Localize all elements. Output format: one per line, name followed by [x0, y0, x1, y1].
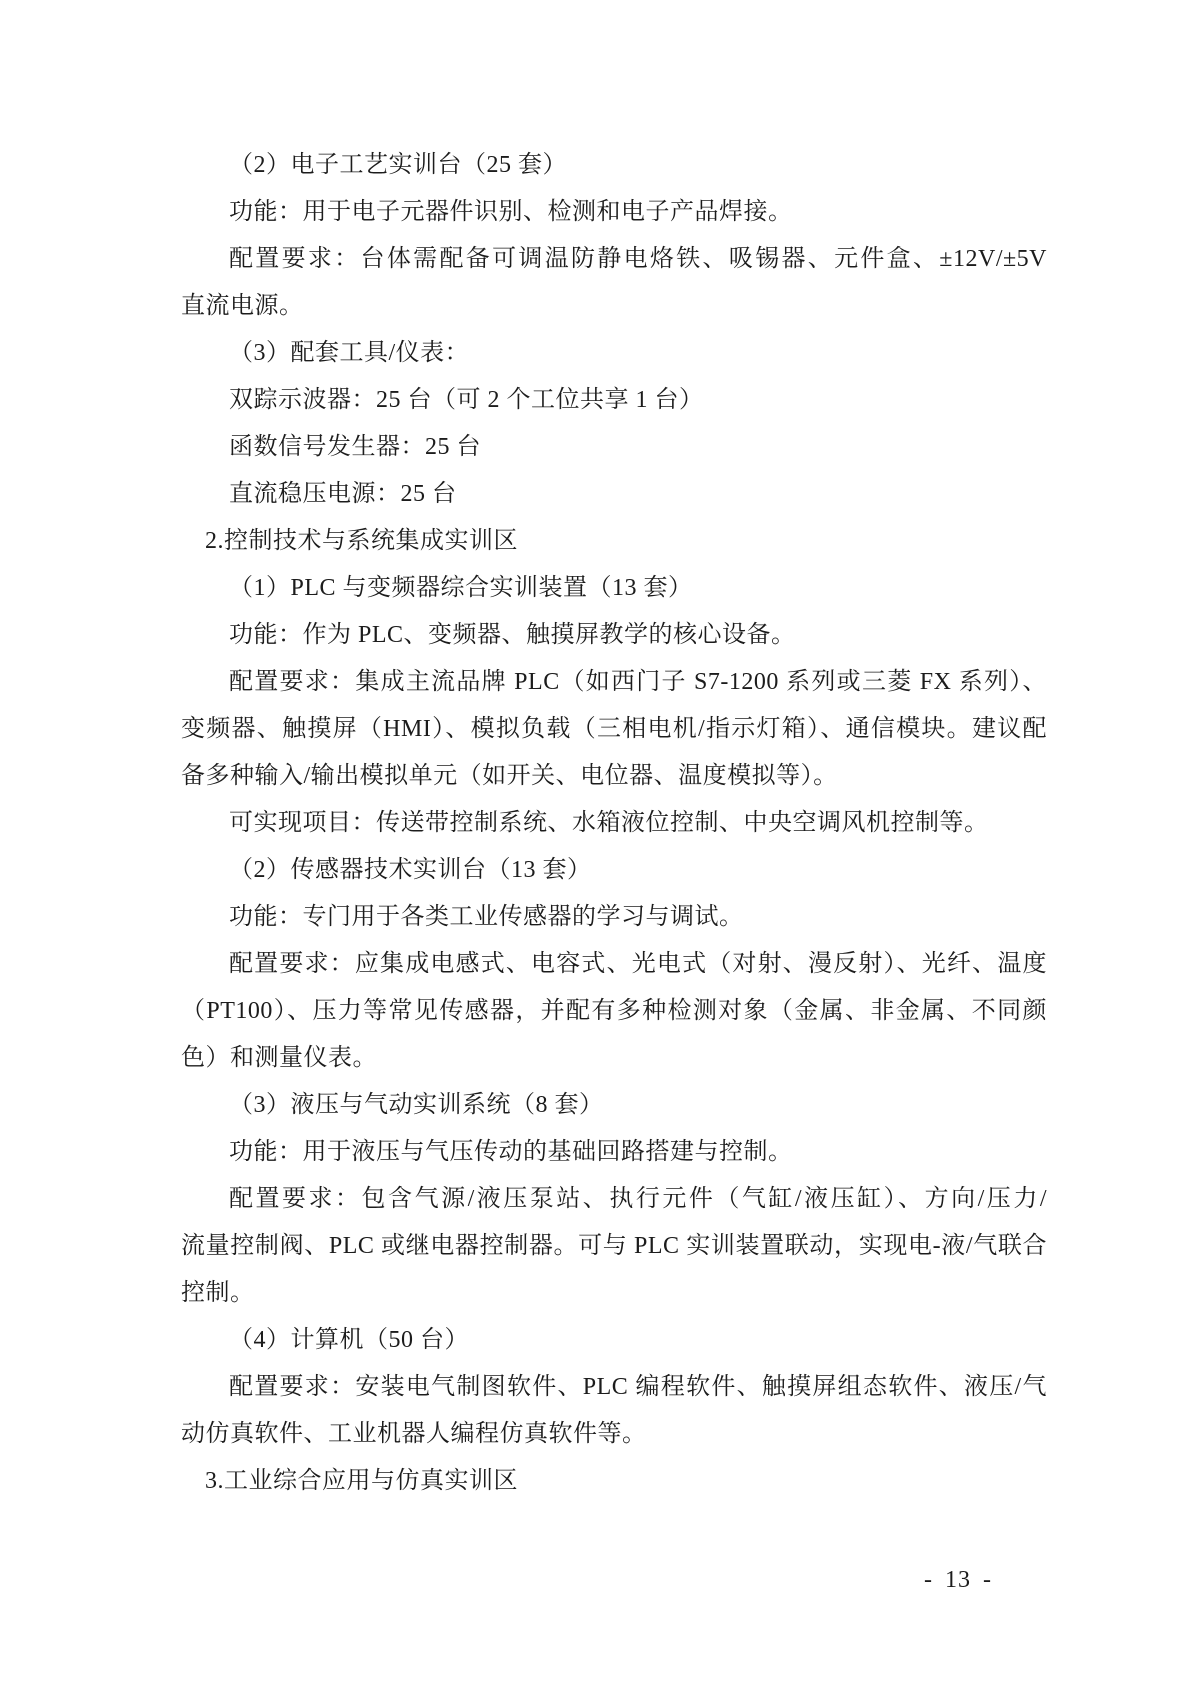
- text-line: 配置要求：应集成电感式、电容式、光电式（对射、漫反射）、光纤、温度: [181, 941, 1047, 988]
- text-line: （3）配套工具/仪表：: [181, 330, 1047, 377]
- text-line: 配置要求：安装电气制图软件、PLC 编程软件、触摸屏组态软件、液压/气: [181, 1364, 1047, 1411]
- text-line: 3.工业综合应用与仿真实训区: [181, 1458, 1047, 1505]
- text-line: （2）电子工艺实训台（25 套）: [181, 142, 1047, 189]
- text-line: 备多种输入/输出模拟单元（如开关、电位器、温度模拟等）。: [181, 753, 1047, 800]
- text-line: 流量控制阀、PLC 或继电器控制器。可与 PLC 实训装置联动，实现电-液/气联…: [181, 1223, 1047, 1270]
- text-line: 色）和测量仪表。: [181, 1035, 1047, 1082]
- document-body: （2）电子工艺实训台（25 套）功能：用于电子元器件识别、检测和电子产品焊接。配…: [181, 142, 1047, 1505]
- text-line: 功能：专门用于各类工业传感器的学习与调试。: [181, 894, 1047, 941]
- text-line: 变频器、触摸屏（HMI）、模拟负载（三相电机/指示灯箱）、通信模块。建议配: [181, 706, 1047, 753]
- text-line: 配置要求：台体需配备可调温防静电烙铁、吸锡器、元件盒、±12V/±5V: [181, 236, 1047, 283]
- text-line: 直流稳压电源：25 台: [181, 471, 1047, 518]
- text-line: 双踪示波器：25 台（可 2 个工位共享 1 台）: [181, 377, 1047, 424]
- text-line: 直流电源。: [181, 283, 1047, 330]
- text-line: 功能：作为 PLC、变频器、触摸屏教学的核心设备。: [181, 612, 1047, 659]
- text-line: 功能：用于液压与气压传动的基础回路搭建与控制。: [181, 1129, 1047, 1176]
- text-line: 功能：用于电子元器件识别、检测和电子产品焊接。: [181, 189, 1047, 236]
- text-line: 配置要求：集成主流品牌 PLC（如西门子 S7-1200 系列或三菱 FX 系列…: [181, 659, 1047, 706]
- text-line: 函数信号发生器：25 台: [181, 424, 1047, 471]
- text-line: 控制。: [181, 1270, 1047, 1317]
- text-line: （3）液压与气动实训系统（8 套）: [181, 1082, 1047, 1129]
- text-line: （4）计算机（50 台）: [181, 1317, 1047, 1364]
- page-number: - 13 -: [924, 1565, 992, 1595]
- text-line: 可实现项目：传送带控制系统、水箱液位控制、中央空调风机控制等。: [181, 800, 1047, 847]
- text-line: （2）传感器技术实训台（13 套）: [181, 847, 1047, 894]
- document-page: （2）电子工艺实训台（25 套）功能：用于电子元器件识别、检测和电子产品焊接。配…: [0, 0, 1191, 1684]
- text-line: 2.控制技术与系统集成实训区: [181, 518, 1047, 565]
- text-line: （PT100）、压力等常见传感器，并配有多种检测对象（金属、非金属、不同颜: [181, 988, 1047, 1035]
- text-line: 动仿真软件、工业机器人编程仿真软件等。: [181, 1411, 1047, 1458]
- text-line: 配置要求：包含气源/液压泵站、执行元件（气缸/液压缸）、方向/压力/: [181, 1176, 1047, 1223]
- text-line: （1）PLC 与变频器综合实训装置（13 套）: [181, 565, 1047, 612]
